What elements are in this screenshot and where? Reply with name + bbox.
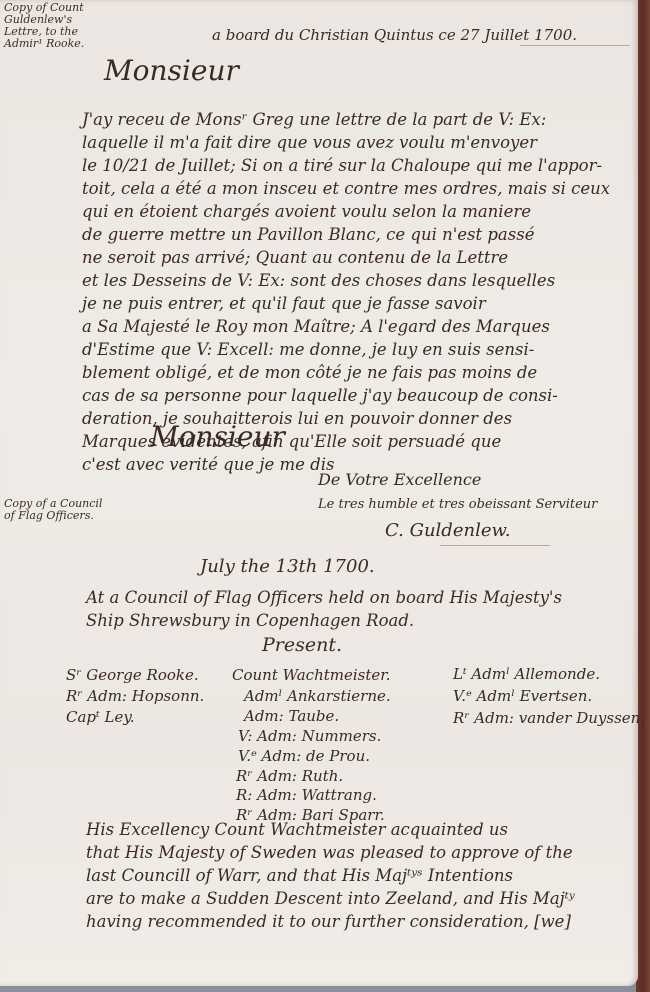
letter-line: cas de sa personne pour laquelle j'ay be…	[82, 386, 558, 405]
attendee: Adm: Taube.	[244, 707, 339, 725]
heading-rule	[520, 45, 630, 46]
letter-line: laquelle il m'a fait dire que vous avez …	[82, 133, 537, 152]
attendee: R: Adm: Wattrang.	[236, 786, 377, 804]
council-date: July the 13th 1700.	[200, 556, 375, 577]
letter-line: toit, cela a été a mon insceu et contre …	[82, 179, 610, 198]
attendee: Lᵗ Admˡ Allemonde.	[453, 665, 600, 683]
attendee: Rʳ Adm: Ruth.	[236, 767, 343, 785]
letter-line: qui en étoient chargés avoient voulu sel…	[82, 202, 531, 221]
letter-line: ne seroit pas arrivé; Quant au contenu d…	[82, 248, 508, 267]
resolution-line: are to make a Sudden Descent into Zeelan…	[86, 889, 575, 908]
attendee: Rʳ Adm: Hopsonn.	[66, 687, 204, 705]
attendee: V.ᵉ Admˡ Evertsen.	[453, 687, 592, 705]
attendee: V: Adm: Nummers.	[238, 727, 381, 745]
letter-line: c'est avec verité que je me dis	[82, 455, 334, 474]
closing-line: De Votre Excellence	[318, 470, 481, 489]
book-spine	[636, 0, 650, 992]
letter-line: et les Desseins de V: Ex: sont des chose…	[82, 271, 555, 290]
margin-note-letter: Copy of Count Guldenlew's Lettre, to the…	[4, 2, 84, 50]
attendee: V.ᵉ Adm: de Prou.	[238, 747, 370, 765]
signature: C. Guldenlew.	[385, 520, 510, 541]
letter-line: deration, je souhaitterois lui en pouvoi…	[82, 409, 512, 428]
resolution-line: that His Majesty of Sweden was pleased t…	[86, 843, 573, 862]
letter-line: d'Estime que V: Excell: me donne, je luy…	[82, 340, 534, 359]
letter-line: J'ay receu de Monsʳ Greg une lettre de l…	[82, 110, 546, 129]
resolution-line: last Councill of Warr, and that His Majᵗ…	[86, 866, 513, 885]
margin-note-line: Admir¹ Rooke.	[4, 38, 84, 50]
letter-heading: a board du Christian Quintus ce 27 Juill…	[212, 26, 577, 44]
margin-note-line: of Flag Officers.	[4, 510, 102, 522]
council-intro-line: At a Council of Flag Officers held on bo…	[86, 588, 562, 607]
letter-line: blement obligé, et de mon côté je ne fai…	[82, 363, 537, 382]
letter-line: de guerre mettre un Pavillon Blanc, ce q…	[82, 225, 534, 244]
letter-line: je ne puis entrer, et qu'il faut que je …	[82, 294, 486, 313]
present-label: Present.	[262, 634, 342, 656]
attendee: Capᵗ Ley.	[66, 708, 135, 726]
letter-line: Marques evidentes, afin qu'Elle soit per…	[82, 432, 501, 451]
resolution-line: having recommended it to our further con…	[86, 912, 571, 931]
signature-rule	[440, 545, 550, 546]
closing-line: Le tres humble et tres obeissant Servite…	[318, 497, 597, 512]
margin-note-council: Copy of a Council of Flag Officers.	[4, 498, 102, 522]
attendee: Count Wachtmeister.	[232, 666, 391, 684]
manuscript-page: Copy of Count Guldenlew's Lettre, to the…	[0, 0, 638, 986]
letter-line: le 10/21 de Juillet; Si on a tiré sur la…	[82, 156, 602, 175]
attendee: Sʳ George Rooke.	[66, 666, 199, 684]
council-intro-line: Ship Shrewsbury in Copenhagen Road.	[86, 611, 414, 630]
letter-line: a Sa Majesté le Roy mon Maître; A l'egar…	[82, 317, 550, 336]
closing-salutation: Monsieur	[150, 420, 285, 453]
letter-salutation: Monsieur	[104, 54, 239, 87]
attendee: Admˡ Ankarstierne.	[244, 687, 391, 705]
resolution-line: His Excellency Count Wachtmeister acquai…	[86, 820, 508, 839]
attendee: Rʳ Adm: vander Duyssen.	[453, 709, 645, 727]
